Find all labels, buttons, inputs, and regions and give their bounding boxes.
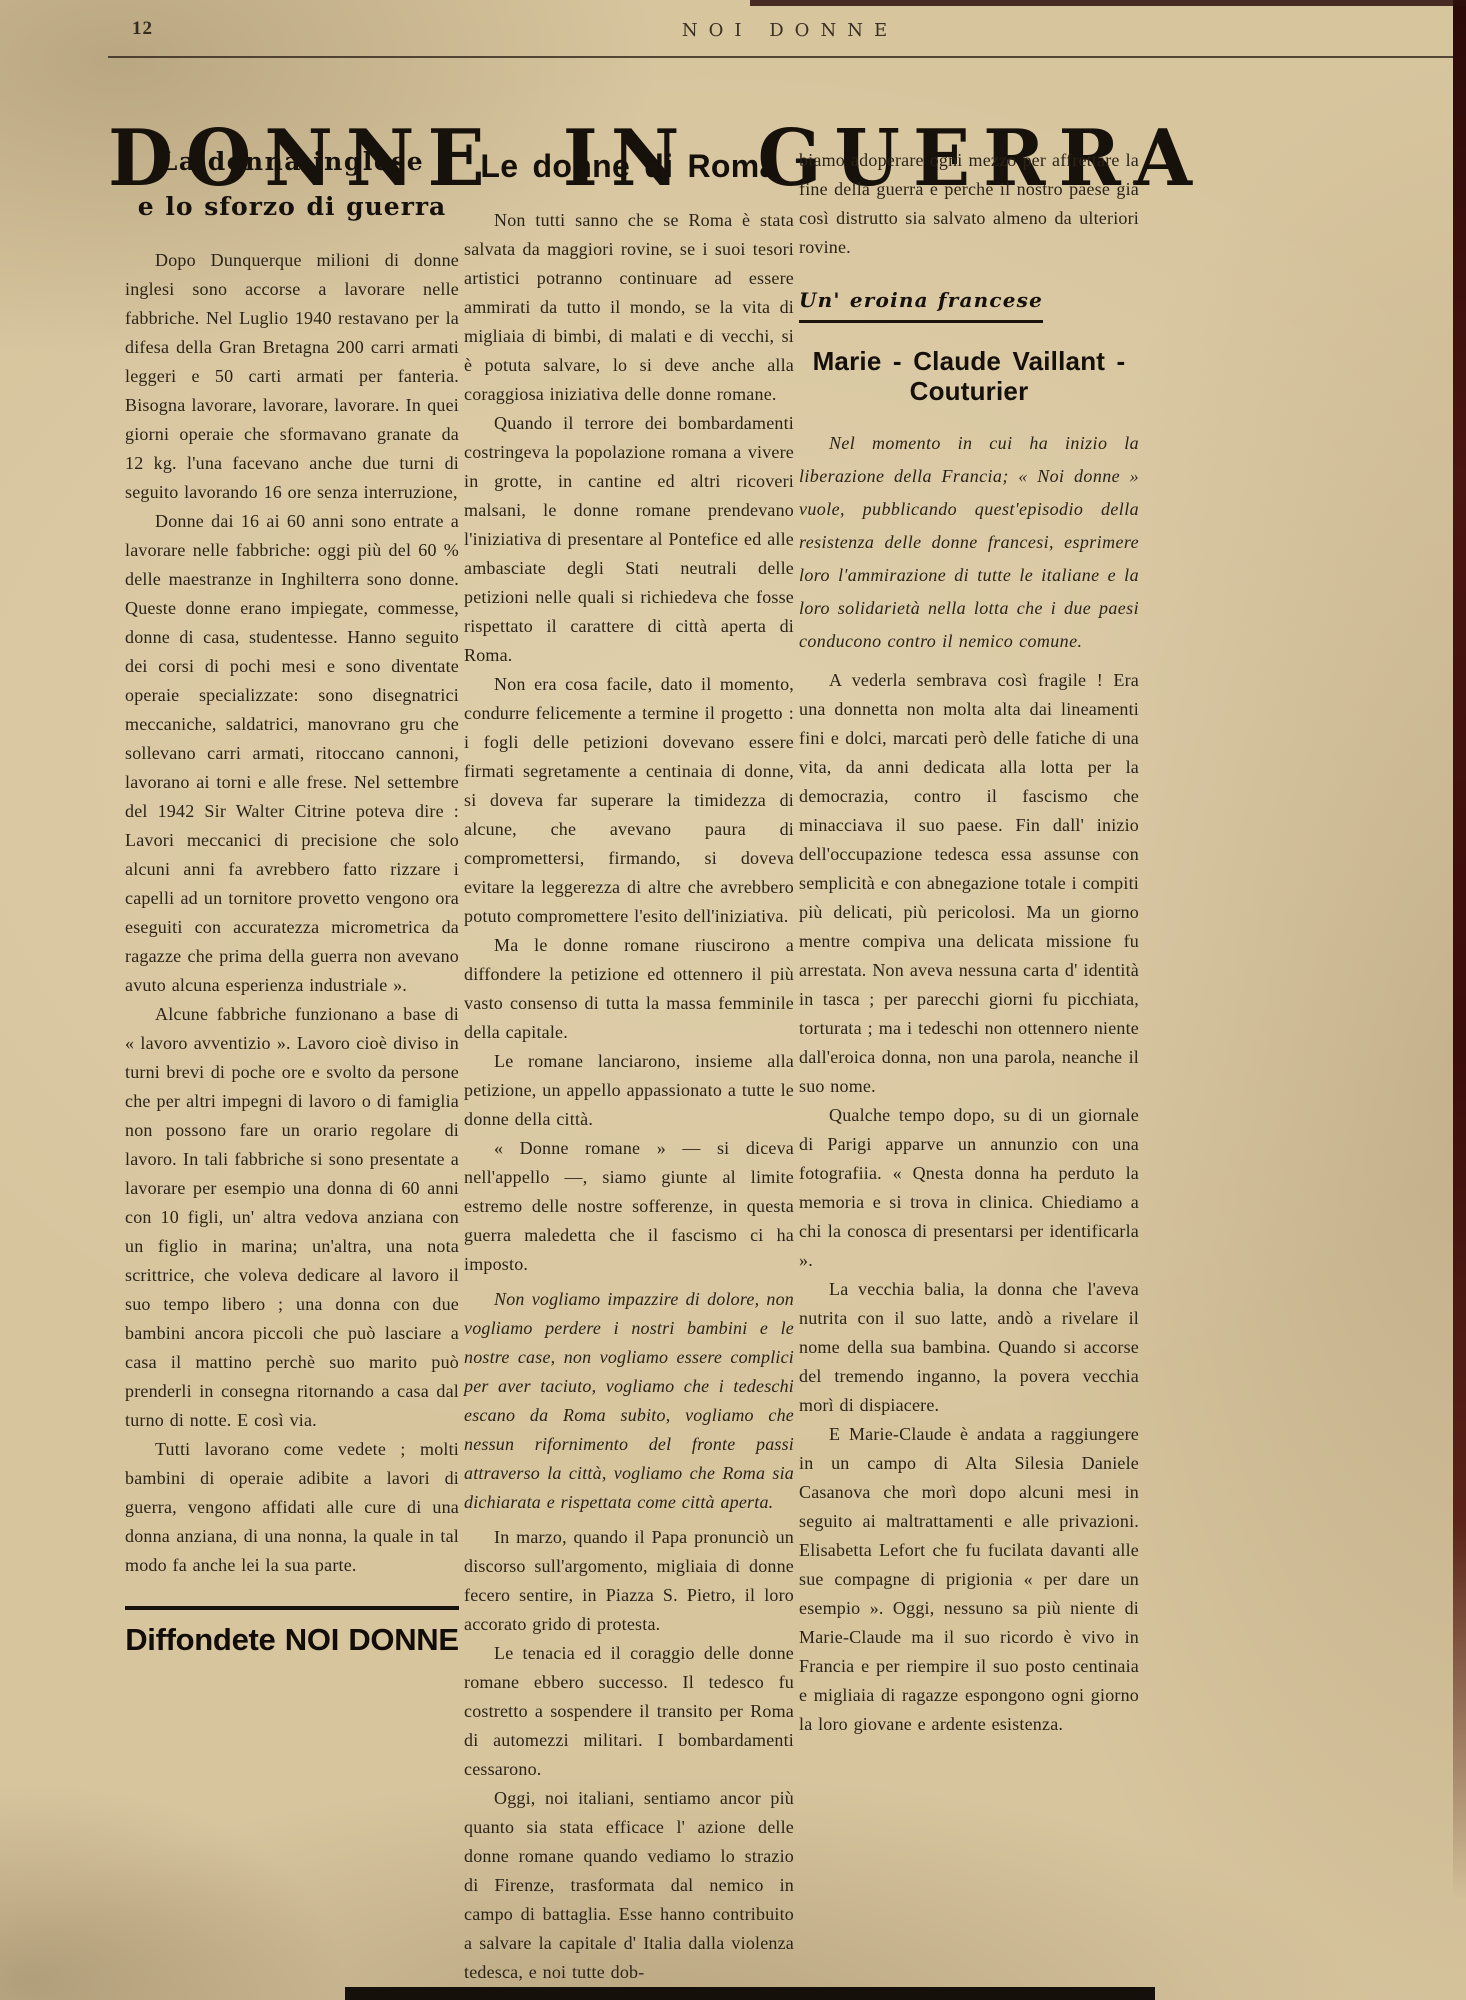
rome-article-heading: Le donne di Roma [464,150,794,182]
page-edge-right-shadow [1453,0,1466,1900]
paragraph: Non tutti sanno che se Roma è stata salv… [464,206,794,409]
page-edge-bottom-shadow [345,1987,1155,2000]
paragraph: E Marie-Claude è andata a raggiungere in… [799,1420,1139,1739]
paragraph: Ma le donne romane riuscirono a diffonde… [464,931,794,1047]
english-article-heading-line2: e lo sforzo di guerra [125,193,459,221]
paragraph: Le tenacia ed il coraggio delle donne ro… [464,1639,794,1784]
page-number: 12 [132,18,153,40]
paragraph: « Donne romane » — si diceva nell'appell… [464,1134,794,1279]
paragraph: In marzo, quando il Papa pronunciò un di… [464,1523,794,1639]
heading-gap [125,220,459,246]
english-article-body: Dopo Dunquerque milioni di donne inglesi… [125,246,459,1580]
paragraph: Tutti lavorano come vedete ; molti bambi… [125,1435,459,1580]
paragraph: La vecchia balia, la donna che l'aveva n… [799,1275,1139,1420]
rome-article-body: Non tutti sanno che se Roma è stata salv… [464,206,794,1987]
page-edge-top-shadow [750,0,1466,6]
paragraph: Non era cosa facile, dato il momento, co… [464,670,794,931]
english-article-heading-line1: La donna inglese [160,147,424,176]
paragraph: Donne dai 16 ai 60 anni sono entrate a l… [125,507,459,1000]
magazine-page: 12 NOI DONNE DONNE IN GUERRA La donna in… [0,0,1466,2000]
paragraph: Oggi, noi italiani, sentiamo ancor più q… [464,1784,794,1987]
paragraph: Alcune fabbriche funzionano a base di « … [125,1000,459,1435]
paragraph: Qualche tempo dopo, su di un giornale di… [799,1101,1139,1275]
french-article-lead: biamo adoperare ogni mezzo per affrettar… [799,146,1139,262]
english-article-heading: La donna inglese e lo sforzo di guerra [125,148,459,220]
slogan-text: Diffondete NOI DONNE [125,1625,459,1654]
column-english-women: La donna inglese e lo sforzo di guerra D… [125,146,459,1654]
paragraph: Non vogliamo impazzire di dolore, non vo… [464,1285,794,1517]
french-article-heading: Marie - Claude Vaillant - Couturier [799,347,1139,407]
paragraph: A vederla sembrava così fragile ! Era un… [799,666,1139,1101]
paragraph: Quando il terrore dei bombardamenti cost… [464,409,794,670]
column-women-of-rome: Le donne di Roma Non tutti sanno che se … [464,150,794,1987]
slogan-rule [125,1606,459,1610]
french-article-body: Nel momento in cui ha inizio la liberazi… [799,427,1139,1739]
masthead: NOI DONNE [682,20,898,41]
slogan-block: Diffondete NOI DONNE [125,1606,459,1654]
column-french-heroine: biamo adoperare ogni mezzo per affrettar… [799,146,1139,1739]
header-rule [108,56,1458,58]
paragraph: biamo adoperare ogni mezzo per affrettar… [799,146,1139,262]
paragraph: Nel momento in cui ha inizio la liberazi… [799,427,1139,658]
french-article-kicker: Un' eroina francese [799,286,1043,323]
paragraph: Dopo Dunquerque milioni di donne inglesi… [125,246,459,507]
paragraph: Le romane lanciarono, insieme alla petiz… [464,1047,794,1134]
